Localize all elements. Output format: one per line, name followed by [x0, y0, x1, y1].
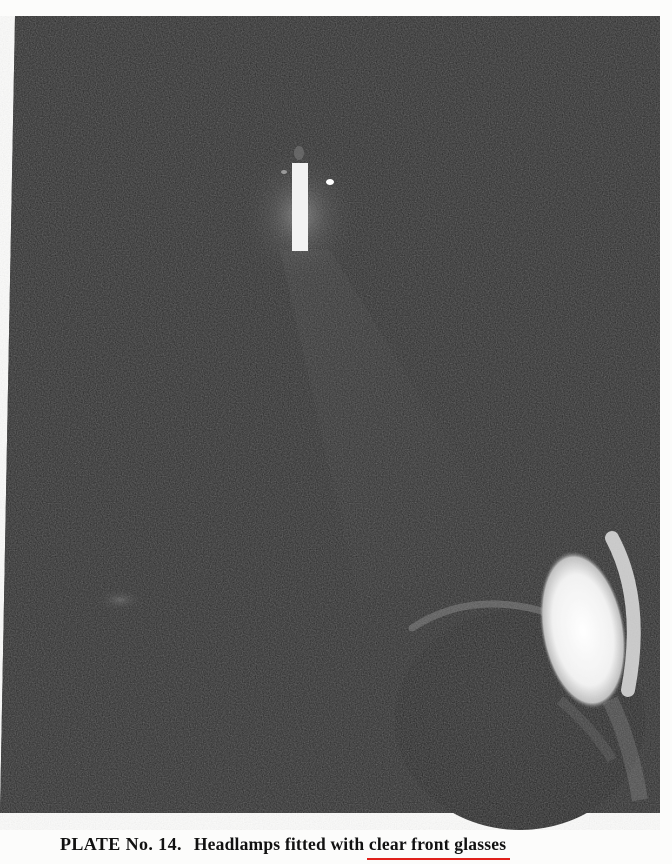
document-page: PLATE No. 14.Headlamps fitted with clear… — [0, 0, 672, 864]
red-underline-annotation — [367, 858, 510, 860]
caption-highlight-text: clear front glasses — [369, 834, 506, 854]
caption-text: Headlamps fitted with — [194, 834, 364, 854]
caption-highlight: clear front glasses — [369, 834, 506, 855]
plate-caption: PLATE No. 14.Headlamps fitted with clear… — [0, 834, 672, 855]
plate-photograph — [0, 0, 672, 864]
plate-number: PLATE No. 14. — [60, 834, 182, 854]
